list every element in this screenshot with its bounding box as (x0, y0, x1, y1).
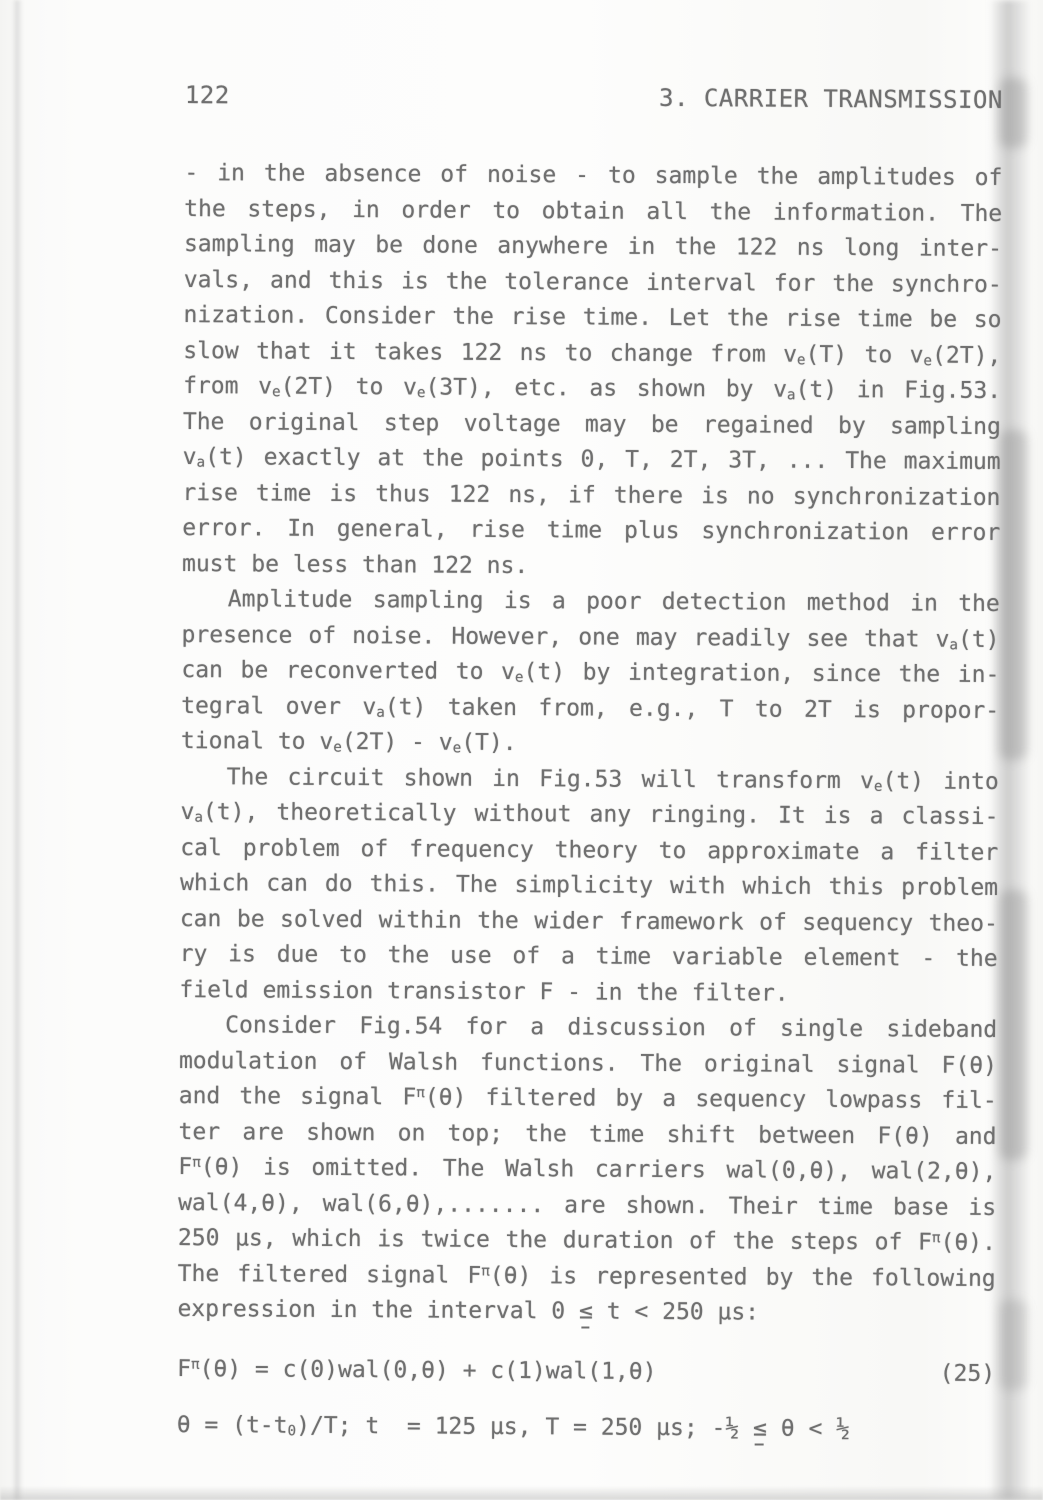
text-line: expression in the interval 0 ≤ t < 250 µ… (177, 1292, 995, 1332)
text-line: modulation of Walsh functions. The origi… (179, 1043, 997, 1083)
equation-theta: θ = (t-t0)/T; t = 125 µs, T = 250 µs; -½… (177, 1408, 995, 1448)
text-line: The circuit shown in Fig.53 will transfo… (181, 759, 999, 799)
text-line: can be solved within the wider framework… (180, 901, 998, 941)
right-edge-shadow-patch (999, 78, 1027, 148)
text-line: wal(4,θ), wal(6,θ),....... are shown. Th… (178, 1185, 996, 1225)
text-line: Consider Fig.54 for a discussion of sing… (179, 1008, 997, 1048)
text-line: Fπ(θ) is omitted. The Walsh carriers wal… (178, 1150, 996, 1190)
text-line: 250 µs, which is twice the duration of t… (178, 1221, 996, 1261)
bottom-page-edge (0, 1486, 1043, 1500)
equation-25: Fπ(θ) = c(0)wal(0,θ) + c(1)wal(1,θ) (177, 1351, 657, 1389)
right-edge-shadow-patch (999, 1300, 1027, 1390)
text-line: - in the absence of noise - to sample th… (184, 156, 1002, 196)
text-line: the steps, in order to obtain all the in… (184, 191, 1002, 231)
page-number: 122 (185, 78, 230, 112)
text-line: Amplitude sampling is a poor detection m… (182, 582, 1000, 622)
text-line: rise time is thus 122 ns, if there is no… (182, 475, 1000, 515)
text-line: ry is due to the use of a time variable … (180, 937, 998, 977)
paragraph: Consider Fig.54 for a discussion of sing… (177, 1008, 997, 1332)
equation-25-number: (25) (940, 1356, 996, 1392)
text-line: can be reconverted to ve(t) by integrati… (181, 653, 999, 693)
text-line: The filtered signal Fπ(θ) is represented… (178, 1256, 996, 1296)
text-line: The original step voltage may be regaine… (183, 404, 1001, 444)
text-line: and the signal Fπ(θ) filtered by a seque… (179, 1079, 997, 1119)
right-edge-shadow-patch (999, 430, 1027, 760)
left-crease-artifact (12, 0, 24, 1500)
running-header: 122 3. CARRIER TRANSMISSION (185, 78, 1003, 117)
chapter-title: 3. CARRIER TRANSMISSION (659, 81, 1003, 117)
text-line: sampling may be done anywhere in the 122… (184, 227, 1002, 267)
text-line: tegral over va(t) taken from, e.g., T to… (181, 688, 999, 728)
text-line: must be less than 122 ns. (182, 546, 1000, 586)
equation-25-row: Fπ(θ) = c(0)wal(0,θ) + c(1)wal(1,θ) (25) (177, 1351, 995, 1391)
text-line: presence of noise. However, one may read… (181, 617, 999, 657)
text-line: slow that it takes 122 ns to change from… (183, 333, 1001, 373)
text-line: from ve(2T) to ve(3T), etc. as shown by … (183, 369, 1001, 409)
paragraph: - in the absence of noise - to sample th… (182, 156, 1003, 587)
text-line: tional to ve(2T) - ve(T). (181, 724, 999, 764)
text-line: vals, and this is the tolerance interval… (184, 262, 1002, 302)
text-line: nization. Consider the rise time. Let th… (183, 298, 1001, 338)
paragraph: Amplitude sampling is a poor detection m… (181, 582, 1000, 764)
paragraph: The circuit shown in Fig.53 will transfo… (179, 759, 999, 1012)
text-line: which can do this. The simplicity with w… (180, 866, 998, 906)
text-line: va(t), theoretically without any ringing… (180, 795, 998, 835)
scanned-book-page: 122 3. CARRIER TRANSMISSION - in the abs… (0, 0, 1043, 1500)
less-equal-sign: ≤ (579, 1294, 593, 1330)
text-line: va(t) exactly at the points 0, T, 2T, 3T… (183, 440, 1001, 480)
text-line: field emission transistor F - in the fil… (179, 972, 997, 1012)
page-content: 122 3. CARRIER TRANSMISSION - in the abs… (177, 78, 1003, 1448)
right-edge-shadow-patch (999, 890, 1027, 1160)
less-equal-sign: ≤ (753, 1411, 767, 1447)
text-line: ter are shown on top; the time shift bet… (178, 1114, 996, 1154)
text-line: cal problem of frequency theory to appro… (180, 830, 998, 870)
page-body: - in the absence of noise - to sample th… (177, 156, 1002, 1332)
text-line: error. In general, rise time plus synchr… (182, 511, 1000, 551)
